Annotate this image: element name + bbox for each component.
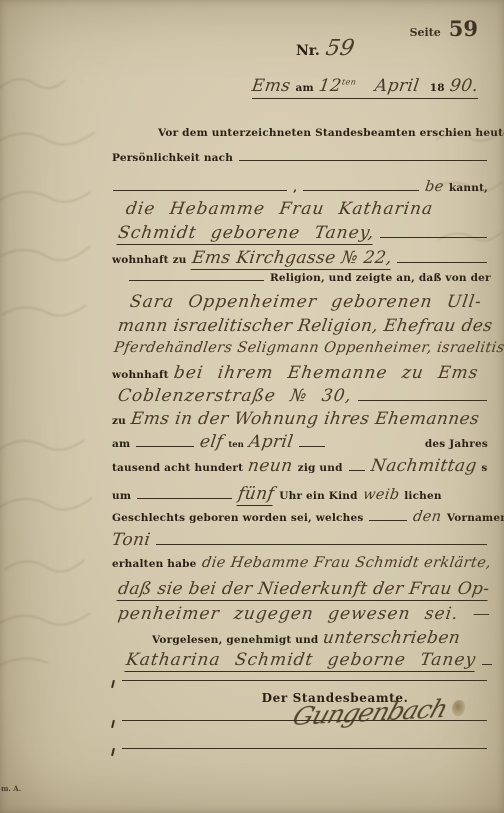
mother-residence-handwritten: bei ihrem Ehemanne zu Ems: [172, 363, 479, 383]
tausend-label: tausend acht hundert: [112, 462, 243, 474]
form-line-personalia: Persönlichkeit nach: [112, 152, 488, 164]
page-number-header: Seite 59: [410, 16, 478, 41]
margin-note: m. A.: [1, 784, 21, 793]
form-line-erhalten: erhalten habe die Hebamme Frau Schmidt e…: [112, 555, 488, 571]
form-line-religion-notice: Religion, und zeigte an, daß von der: [128, 272, 488, 284]
month-handwritten: April: [373, 76, 420, 96]
blank-rule: [137, 498, 232, 499]
blank-rule: [239, 160, 487, 161]
vornamen-label: Vornamen: [447, 512, 504, 524]
birth-register-page: Seite 59 Nr. 59 Ems am 12ten April 18 90…: [0, 0, 504, 813]
blank-rule: [156, 544, 487, 545]
kannt-label: kannt,: [449, 182, 488, 194]
form-line-vorgelesen: Vorgelesen, genehmigt und unterschrieben: [152, 628, 488, 648]
pen-tick: [111, 748, 115, 756]
pen-tick: [111, 720, 115, 728]
erhalten-label: erhalten habe: [112, 558, 197, 570]
declarant-entry-line-1: die Hebamme Frau Katharina: [126, 199, 488, 219]
place-handwritten: Ems: [251, 76, 292, 96]
wohnhaft-zu-label: wohnhaft zu: [112, 254, 187, 266]
um-label: um: [112, 490, 131, 502]
den-handwritten: den: [412, 509, 443, 525]
form-line-birth-date: am elf ten April des Jahres: [112, 432, 488, 452]
child-name-handwritten: Toni: [111, 530, 152, 550]
intro-text: Vor dem unterzeichneten Standesbeamten e…: [158, 127, 504, 139]
hour-handwritten: fünf: [237, 484, 276, 506]
be-handwritten: be: [424, 179, 445, 195]
personalia-label: Persönlichkeit nach: [112, 152, 233, 164]
year-century-printed: 18: [430, 82, 445, 94]
blank-signature-line: [112, 680, 488, 690]
birth-month-handwritten: April: [247, 432, 294, 452]
geschlechts-label: Geschlechts geboren worden sei, welches: [112, 512, 363, 524]
mother-name-handwritten: Sara Oppenheimer geborenen Ull-: [129, 292, 484, 312]
child-name-entry-line: Toni: [112, 530, 488, 550]
second-blank-line: [112, 748, 488, 758]
declarant-entry-line-2: Schmidt geborene Taney,: [118, 223, 488, 245]
blank-rule: [369, 520, 407, 521]
mother-religion-handwritten: mann israelitischer Religion, Ehefrau de…: [117, 316, 494, 336]
record-number-value: 59: [324, 36, 356, 61]
blank-rule: [122, 748, 487, 749]
declarant-maiden-name-handwritten: Schmidt geborene Taney,: [116, 223, 375, 245]
form-line-birthplace: zu Ems in der Wohnung ihres Ehemannes: [112, 409, 488, 429]
pen-tick: [111, 680, 115, 688]
form-line-residence-mother: wohnhaft bei ihrem Ehemanne zu Ems: [112, 363, 488, 383]
page-number: 59: [449, 16, 478, 41]
blank-rule: [380, 237, 487, 238]
am-label: am: [295, 82, 313, 94]
blank-rule: [349, 470, 365, 471]
closing-handwritten-3: penheimer zugegen gewesen sei. —: [117, 604, 493, 624]
closing-handwritten-2: daß sie bei der Niederkunft der Frau Op-: [116, 579, 490, 601]
date-line: Ems am 12ten April 18 90.: [252, 76, 478, 99]
declarant-signature-line: Katharina Schmidt geborne Taney: [126, 650, 488, 672]
declarant-name-handwritten: die Hebamme Frau Katharina: [125, 199, 435, 219]
form-line-residence-declarant: wohnhaft zu Ems Kirchgasse № 22,: [112, 248, 488, 270]
mother-entry-line-1: Sara Oppenheimer geborenen Ull-: [130, 292, 488, 312]
declarant-signature-handwritten: Katharina Schmidt geborne Taney: [124, 650, 477, 672]
zu-label: zu: [112, 415, 126, 427]
form-line-bekannt: , be kannt,: [112, 179, 488, 195]
blank-rule: [129, 280, 264, 281]
page-label: Seite: [410, 26, 441, 39]
des-jahres-label: des Jahres: [425, 438, 488, 450]
father-name-handwritten: Pferdehändlers Seligmann Oppenheimer, is…: [113, 340, 504, 356]
blank-rule: [303, 190, 419, 191]
ten-label: ten: [228, 440, 244, 450]
am-label: am: [112, 438, 130, 450]
closing-entry-line-2: daß sie bei der Niederkunft der Frau Op-: [118, 579, 488, 601]
mother-entry-line-2: mann israelitischer Religion, Ehefrau de…: [118, 316, 488, 336]
zig-und-label: zig und: [298, 462, 343, 474]
daytime-handwritten: Nachmittag: [369, 456, 478, 476]
blank-rule: [299, 446, 325, 447]
record-number-label: Nr.: [296, 43, 320, 59]
vorgelesen-label: Vorgelesen, genehmigt und: [152, 634, 318, 646]
blank-rule: [482, 664, 492, 665]
declarant-address-handwritten: Ems Kirchgasse № 22,: [190, 248, 393, 270]
bleed-through-ink: [0, 50, 122, 350]
year-handwritten: 90.: [448, 76, 479, 96]
record-number: Nr. 59: [296, 36, 354, 61]
lichen-label: lichen: [404, 490, 442, 502]
blank-rule: [113, 190, 287, 191]
unterschrieben-handwritten: unterschrieben: [322, 628, 462, 648]
blank-rule: [136, 446, 194, 447]
form-line-birth-year: tausend acht hundert neun zig und Nachmi…: [112, 456, 488, 476]
blank-rule: [397, 262, 487, 263]
s-label: s: [481, 462, 487, 474]
decade-handwritten: neun: [247, 456, 294, 476]
closing-entry-line-3: penheimer zugegen gewesen sei. —: [118, 604, 488, 624]
ink-blot: [452, 700, 465, 716]
blank-rule: [122, 680, 487, 681]
form-intro-line: Vor dem unterzeichneten Standesbeamten e…: [158, 127, 488, 139]
bleed-through-ink: [0, 420, 114, 680]
wohnhaft-label: wohnhaft: [112, 369, 169, 381]
closing-handwritten-1: die Hebamme Frau Schmidt erklärte,: [200, 555, 491, 571]
religion-notice-label: Religion, und zeigte an, daß von der: [270, 272, 491, 284]
sex-handwritten: weib: [362, 487, 401, 503]
form-line-birth-hour: um fünf Uhr ein Kind weib lichen: [112, 484, 488, 506]
form-line-sex-name: Geschlechts geboren worden sei, welches …: [112, 509, 488, 525]
father-entry-line: Pferdehändlers Seligmann Oppenheimer, is…: [114, 340, 488, 356]
birthplace-handwritten: Ems in der Wohnung ihres Ehemannes: [130, 409, 481, 429]
birth-day-handwritten: elf: [199, 432, 225, 452]
blank-rule: [358, 400, 487, 401]
uhr-ein-kind-label: Uhr ein Kind: [279, 490, 357, 502]
street-handwritten: Coblenzerstraße № 30,: [117, 386, 354, 406]
street-entry-line: Coblenzerstraße № 30,: [118, 386, 488, 406]
day-handwritten: 12ten: [317, 76, 357, 96]
comma-printed: ,: [293, 182, 297, 194]
